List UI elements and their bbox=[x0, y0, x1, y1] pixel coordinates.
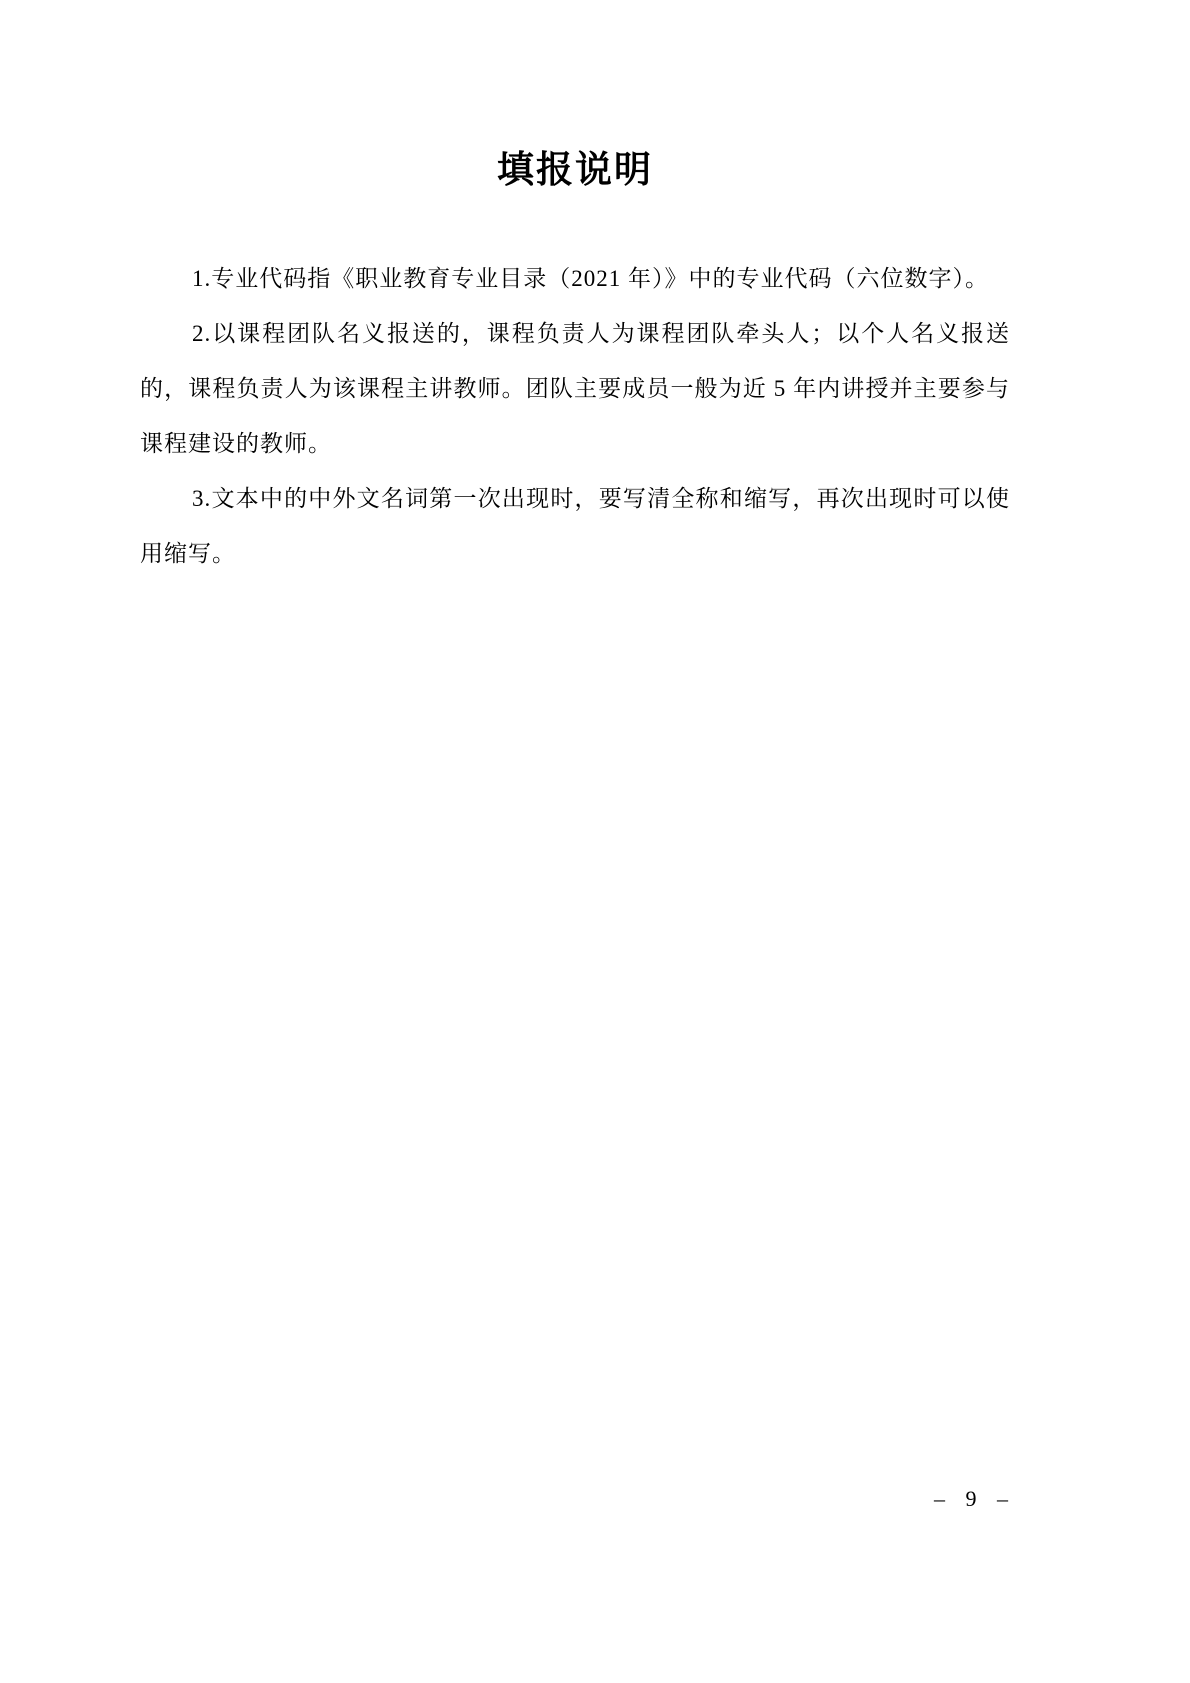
page-number: – 9 – bbox=[934, 1486, 1012, 1512]
paragraph-1: 1.专业代码指《职业教育专业目录（2021 年）》中的专业代码（六位数字）。 bbox=[140, 251, 1010, 306]
paragraph-2: 2.以课程团队名义报送的，课程负责人为课程团队牵头人；以个人名义报送的，课程负责… bbox=[140, 306, 1010, 471]
paragraph-3: 3.文本中的中外文名词第一次出现时，要写清全称和缩写，再次出现时可以使用缩写。 bbox=[140, 471, 1010, 581]
document-body: 1.专业代码指《职业教育专业目录（2021 年）》中的专业代码（六位数字）。 2… bbox=[140, 251, 1010, 581]
document-content: 填报说明 1.专业代码指《职业教育专业目录（2021 年）》中的专业代码（六位数… bbox=[140, 149, 1010, 581]
document-title: 填报说明 bbox=[140, 149, 1010, 193]
document-page: 填报说明 1.专业代码指《职业教育专业目录（2021 年）》中的专业代码（六位数… bbox=[0, 0, 1190, 1683]
